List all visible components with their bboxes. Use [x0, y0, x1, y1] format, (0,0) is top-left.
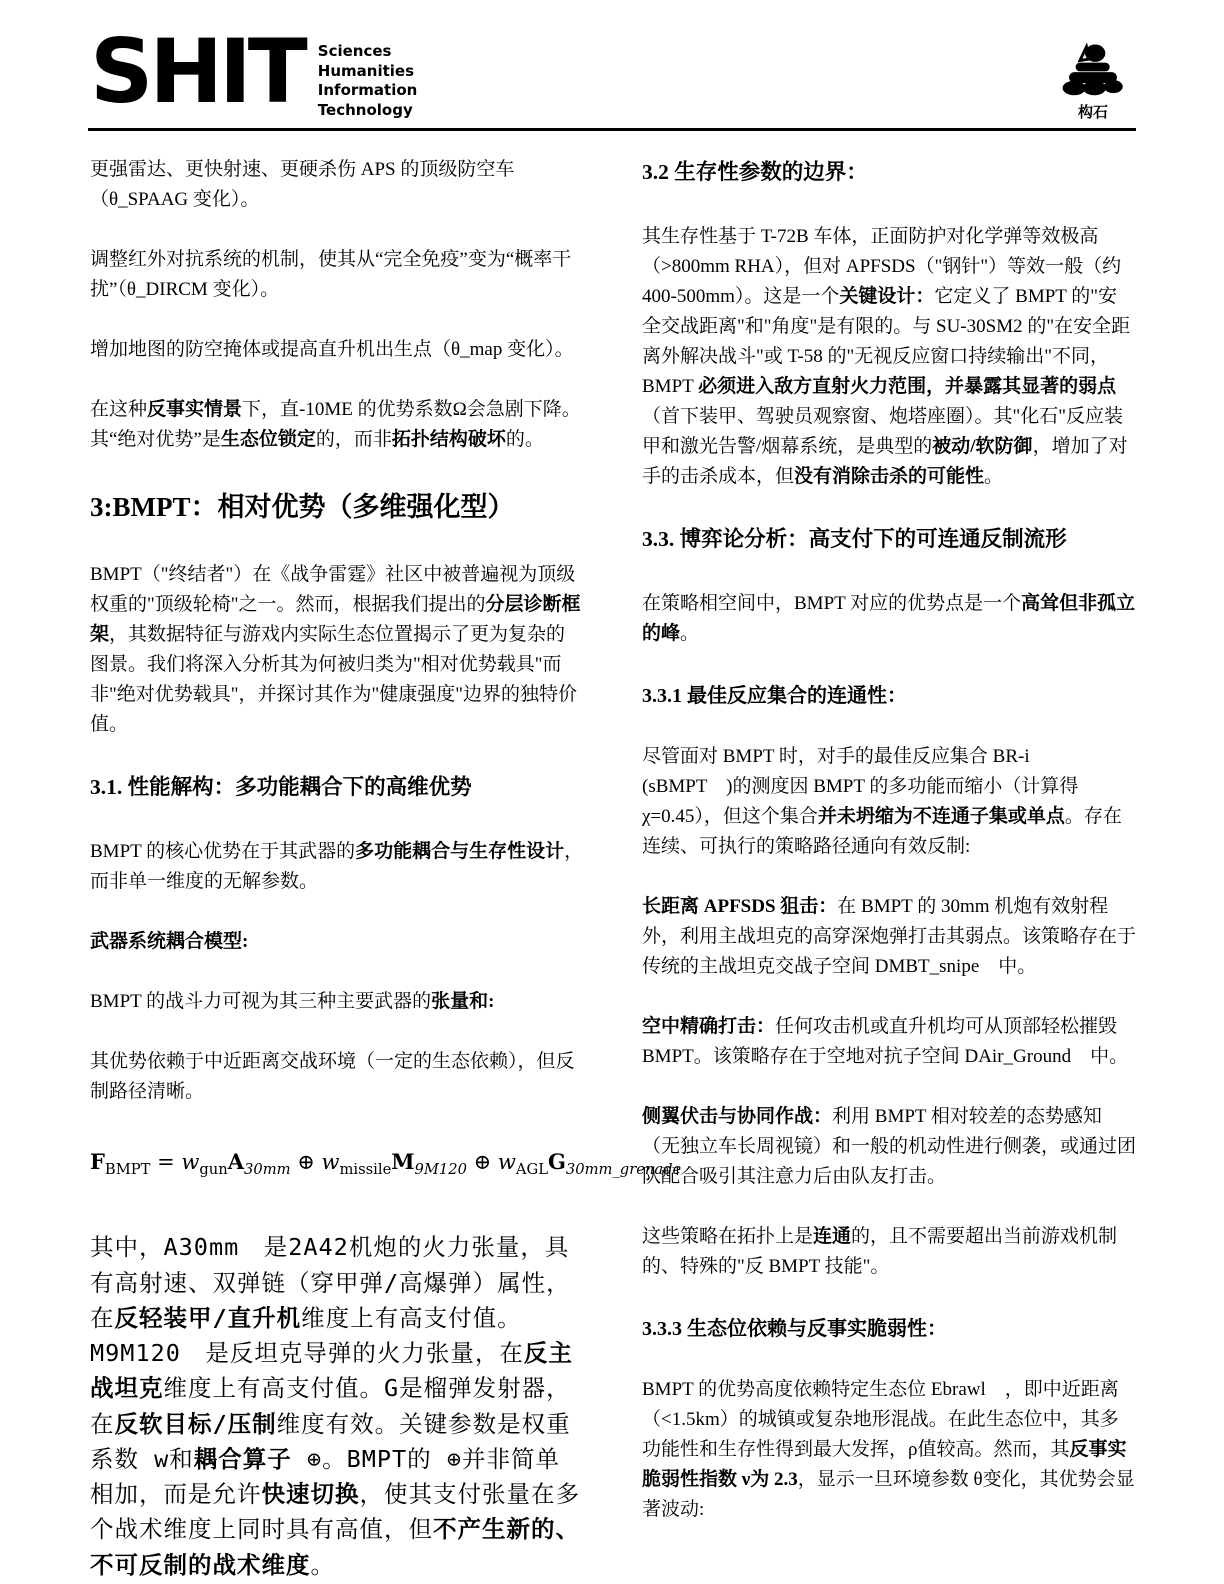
formula-term: w — [322, 1150, 340, 1174]
formula-term: w — [498, 1150, 516, 1174]
paragraph: 其生存性基于 T-72B 车体，正面防护对化学弹等效极高（>800mm RHA）… — [642, 222, 1136, 492]
journal-header: SHIT SciencesHumanitiesInformationTechno… — [0, 0, 1224, 122]
bold-text: 反轻装甲/直升机 — [115, 1304, 302, 1332]
formula-term: = — [150, 1150, 181, 1174]
publisher-logo: 构石 — [1050, 30, 1136, 122]
text: BMPT 的战斗力可视为其三种主要武器的 — [90, 991, 431, 1012]
bold-text: 3.1. 性能解构：多功能耦合下的高维优势 — [90, 775, 472, 799]
text: 。 — [680, 623, 699, 644]
paragraph: 增加地图的防空掩体或提高直升机出生点（θ_map 变化）。 — [90, 335, 584, 365]
text: 这些策略在拓扑上是 — [642, 1226, 813, 1247]
bold-text: 必须进入敌方直射火力范围，并暴露其显著的弱点 — [698, 376, 1116, 397]
paragraph: 空中精确打击：任何攻击机或直升机均可从顶部轻松摧毁 BMPT。该策略存在于空地对… — [642, 1012, 1136, 1072]
right-column: 3.2 生存性参数的边界：其生存性基于 T-72B 车体，正面防护对化学弹等效极… — [642, 155, 1136, 1583]
formula-subscript: 9M120 — [415, 1161, 467, 1178]
publisher-logo-label: 构石 — [1050, 101, 1136, 122]
journal-brand: SHIT SciencesHumanitiesInformationTechno… — [90, 30, 417, 120]
section-heading: 3.1. 性能解构：多功能耦合下的高维优势 — [90, 770, 584, 801]
bold-text: 没有消除击杀的可能性 — [794, 466, 984, 487]
text: 调整红外对抗系统的机制，使其从“完全免疫”变为“概率干扰”（θ_DIRCM 变化… — [90, 249, 571, 300]
text: 更强雷达、更快射速、更硬杀伤 APS 的顶级防空车（θ_SPAAG 变化）。 — [90, 159, 514, 210]
formula-term: G — [548, 1149, 566, 1174]
text: 的。 — [506, 429, 544, 450]
paragraph: BMPT（"终结者"）在《战争雷霆》社区中被普遍视为顶级权重的"顶级轮椅"之一。… — [90, 560, 584, 740]
text: BMPT 的优势高度依赖特定生态位 Ebrawl ，即中近距离（<1.5km）的… — [642, 1379, 1119, 1460]
text: 。 — [311, 1551, 336, 1579]
bold-text: 多功能耦合与生存性设计 — [355, 841, 564, 862]
paragraph: BMPT 的战斗力可视为其三种主要武器的张量和: — [90, 987, 584, 1017]
paragraph: 在这种反事实情景下，直-10ME 的优势系数Ω会急剧下降。其“绝对优势”是生态位… — [90, 395, 584, 455]
paragraph: 其优势依赖于中近距离交战环境（一定的生态依赖），但反制路径清晰。 — [90, 1047, 584, 1107]
text: 。 — [984, 466, 1003, 487]
paragraph: 侧翼伏击与协同作战：利用 BMPT 相对较差的态势感知（无独立车长周视镜）和一般… — [642, 1102, 1136, 1192]
journal-word: Technology — [318, 101, 418, 121]
formula-term: ⊕ — [291, 1150, 322, 1174]
formula-subscript: missile — [339, 1161, 391, 1178]
bold-text: 关键设计： — [839, 286, 934, 307]
bold-text: 反事实情景 — [147, 399, 242, 420]
paragraph: 尽管面对 BMPT 时，对手的最佳反应集合 BR-i (sBMPT )的测度因 … — [642, 742, 1136, 862]
left-column: 更强雷达、更快射速、更硬杀伤 APS 的顶级防空车（θ_SPAAG 变化）。调整… — [90, 155, 584, 1583]
text: ，其数据特征与游戏内实际生态位置揭示了更为复杂的图景。我们将深入分析其为何被归类… — [90, 624, 577, 735]
bold-text: 生态位锁定 — [221, 429, 316, 450]
bold-text: 3:BMPT：相对优势（多维强化型） — [90, 492, 515, 522]
formula-term: M — [391, 1149, 414, 1174]
text: 在策略相空间中，BMPT 对应的优势点是一个 — [642, 593, 1021, 614]
text: BMPT 的核心优势在于其武器的 — [90, 841, 355, 862]
bold-text: 并未坍缩为不连通子集或单点 — [818, 806, 1065, 827]
bold-text: 耦合算子 — [194, 1445, 292, 1473]
bold-text: 长距离 APFSDS 狙击： — [642, 896, 837, 917]
paper-page: SHIT SciencesHumanitiesInformationTechno… — [0, 0, 1224, 1584]
text: 在这种 — [90, 399, 147, 420]
journal-word: Information — [318, 81, 418, 101]
header-divider — [88, 128, 1136, 131]
text: 其优势依赖于中近距离交战环境（一定的生态依赖），但反制路径清晰。 — [90, 1051, 575, 1102]
paragraph: 这些策略在拓扑上是连通的，且不需要超出当前游戏机制的、特殊的"反 BMPT 技能… — [642, 1222, 1136, 1282]
article-body: 更强雷达、更快射速、更硬杀伤 APS 的顶级防空车（θ_SPAAG 变化）。调整… — [0, 155, 1224, 1583]
formula-subscript: AGL — [516, 1161, 548, 1178]
formula-subscript: 30mm — [244, 1161, 291, 1178]
section-heading: 3:BMPT：相对优势（多维强化型） — [90, 485, 584, 524]
bold-text: 3.2 生存性参数的边界： — [642, 160, 868, 184]
formula-subscript: BMPT — [105, 1161, 151, 1178]
bold-text: 反软目标/压制 — [115, 1410, 277, 1438]
paragraph: 调整红外对抗系统的机制，使其从“完全免疫”变为“概率干扰”（θ_DIRCM 变化… — [90, 245, 584, 305]
bold-text: 3.3.1 最佳反应集合的连通性： — [642, 685, 907, 707]
bold-text: 空中精确打击： — [642, 1016, 775, 1037]
journal-word: Sciences — [318, 42, 418, 62]
weapon-coupling-formula: FBMPT = wgunA30mm ⊕ wmissileM9M120 ⊕ wAG… — [90, 1149, 584, 1178]
section-heading: 3.3.3 生态位依赖与反事实脆弱性： — [642, 1312, 1136, 1341]
journal-logo-text: SHIT — [90, 30, 304, 114]
bold-text: 3.3. 博弈论分析：高支付下的可连通反制流形 — [642, 527, 1067, 551]
journal-word: Humanities — [318, 62, 418, 82]
formula-subscript: gun — [199, 1161, 227, 1178]
formula-term: A — [228, 1149, 244, 1174]
section-heading: 3.3. 博弈论分析：高支付下的可连通反制流形 — [642, 522, 1136, 553]
formula-term: ⊕ — [467, 1150, 498, 1174]
paragraph: 更强雷达、更快射速、更硬杀伤 APS 的顶级防空车（θ_SPAAG 变化）。 — [90, 155, 584, 215]
text: 的，而非 — [316, 429, 392, 450]
bold-text: 侧翼伏击与协同作战： — [642, 1106, 832, 1127]
paragraph: BMPT 的优势高度依赖特定生态位 Ebrawl ，即中近距离（<1.5km）的… — [642, 1375, 1136, 1525]
bold-text: 拓扑结构破坏 — [392, 429, 506, 450]
section-heading: 3.2 生存性参数的边界： — [642, 155, 1136, 186]
section-heading: 3.3.1 最佳反应集合的连通性： — [642, 679, 1136, 708]
formula-term: w — [181, 1150, 199, 1174]
bold-text: 武器系统耦合模型: — [90, 931, 248, 952]
rock-cairn-icon — [1056, 38, 1130, 96]
paragraph: 武器系统耦合模型: — [90, 927, 584, 957]
paragraph: 其中，A30mm 是2A42机炮的火力张量，具有高射速、双弹链（穿甲弹/高爆弹）… — [90, 1230, 584, 1583]
paragraph: 在策略相空间中，BMPT 对应的优势点是一个高耸但非孤立的峰。 — [642, 589, 1136, 649]
formula-term: F — [90, 1149, 105, 1174]
paragraph: BMPT 的核心优势在于其武器的多功能耦合与生存性设计，而非单一维度的无解参数。 — [90, 837, 584, 897]
paragraph: 长距离 APFSDS 狙击：在 BMPT 的 30mm 机炮有效射程外，利用主战… — [642, 892, 1136, 982]
text: 增加地图的防空掩体或提高直升机出生点（θ_map 变化）。 — [90, 339, 574, 360]
bold-text: 3.3.3 生态位依赖与反事实脆弱性： — [642, 1318, 947, 1340]
bold-text: 被动/软防御 — [932, 436, 1032, 457]
bold-text: 连通 — [813, 1226, 851, 1247]
bold-text: 张量和: — [431, 991, 494, 1012]
bold-text: 快速切换 — [262, 1480, 360, 1508]
journal-words: SciencesHumanitiesInformationTechnology — [318, 30, 418, 120]
